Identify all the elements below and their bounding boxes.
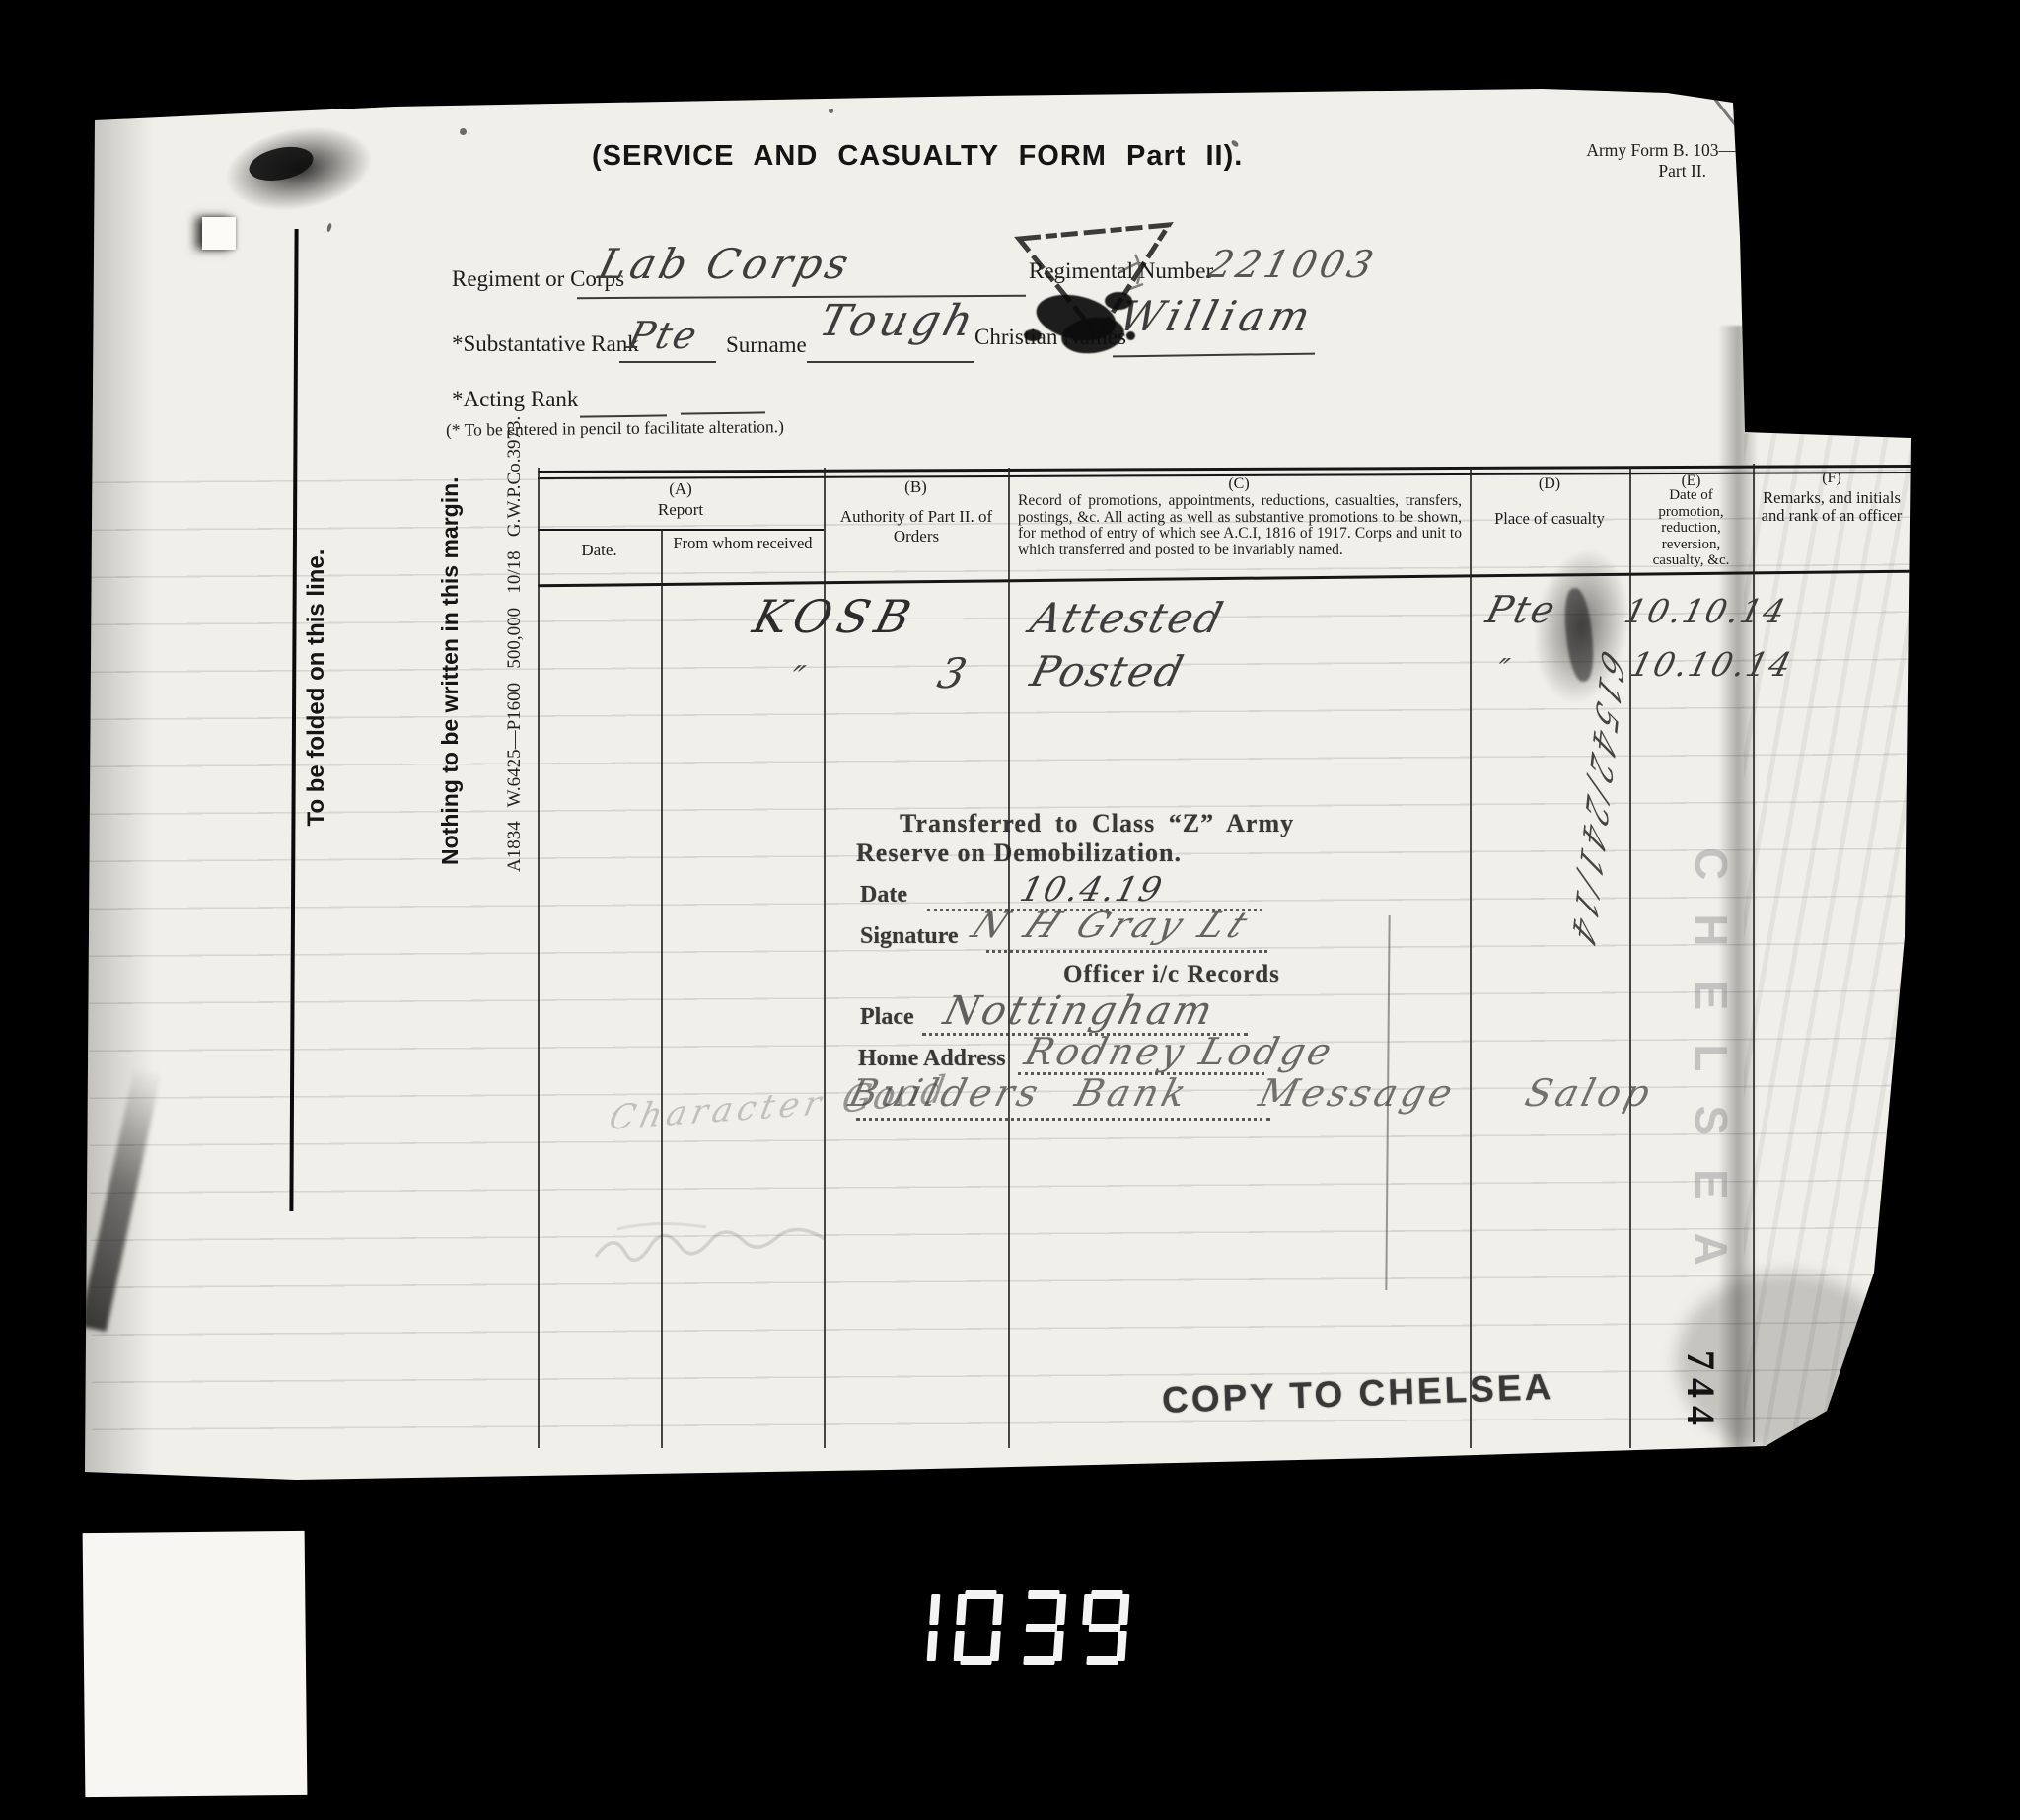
rank-value-handwritten: Pte: [624, 314, 703, 357]
film-frame-digit: [1079, 1590, 1129, 1665]
col-f-tag: (F): [1753, 470, 1911, 487]
demob-stamp-line2: Reserve on Demobilization.: [856, 838, 1182, 868]
regimental-number-value-handwritten: 221003: [1204, 243, 1382, 286]
col-a-sub-date: Date.: [538, 541, 661, 560]
col-b-tag: (B): [824, 477, 1008, 497]
report-sub-line: [538, 529, 824, 531]
row-1-record: Attested: [1026, 594, 1230, 642]
demob-place-value-handwritten: Nottingham: [939, 988, 1219, 1034]
ink-blot: [1024, 329, 1042, 341]
table-left-border: [538, 468, 540, 1448]
col-divider-date-from: [661, 529, 663, 1448]
demob-date-value-handwritten: 10.4.19: [1016, 870, 1168, 910]
acting-rank-label: *Acting Rank: [452, 387, 578, 412]
row-2-date: 10.10.14: [1626, 645, 1797, 684]
demob-stamp-line1: Transferred to Class “Z” Army: [900, 809, 1294, 838]
col-c-tag: (C): [1008, 475, 1470, 493]
ink-speck: [460, 128, 467, 135]
demob-signature-label: Signature: [860, 923, 959, 950]
col-divider-b-c: [1008, 468, 1010, 1448]
demob-home-value2-handwritten: Builders Bank Message Salop: [845, 1071, 1659, 1115]
christian-underline: [1113, 352, 1315, 358]
film-frame-digit: [953, 1590, 1003, 1665]
scanned-document-page: { "scan": { "frame_number": "1039", "she…: [0, 0, 2020, 1820]
film-frame-digit: [1016, 1590, 1066, 1665]
demob-place-label: Place: [860, 1004, 914, 1031]
demob-officer-line: Officer i/c Records: [1063, 961, 1280, 988]
ink-blot: [1105, 292, 1132, 310]
faint-pencil-scrawl: [588, 1209, 864, 1278]
fold-margin-text: To be folded on this line.: [303, 540, 332, 836]
surname-underline: [807, 360, 974, 363]
rank-underline: [619, 360, 716, 363]
paper-hole-patch: [202, 217, 236, 250]
pencil-footnote: (* To be entered in pencil to facilitate…: [446, 416, 784, 441]
col-f-title: Remarks, and initials and rank of an off…: [1758, 489, 1906, 524]
surname-label: Surname: [726, 332, 807, 358]
col-a-sub-from: From whom received: [669, 535, 817, 552]
col-a-title: Report: [538, 500, 824, 520]
row-2-record: Posted: [1026, 647, 1190, 695]
form-reference: Army Form B. 103— Part II.: [1519, 140, 1736, 182]
row-1-date: 10.10.14: [1621, 592, 1791, 630]
col-d-tag: (D): [1470, 475, 1629, 493]
sheet-number-vertical: 744: [1683, 1333, 1724, 1451]
ink-blot: [1126, 331, 1135, 340]
demob-signature-handwritten: N H Gray Lt: [965, 906, 1259, 946]
col-e-title: Date of promotion, reduction, reversion,…: [1635, 487, 1747, 569]
col-b-title: Authority of Part II. of Orders: [836, 507, 996, 546]
nothing-margin-text: Nothing to be written in this margin.: [437, 490, 467, 865]
film-frame-digit: [890, 1590, 940, 1665]
demob-home-value1-handwritten: Rodney Lodge: [1021, 1030, 1339, 1073]
col-d-title: Place of casualty: [1491, 509, 1608, 528]
chelsea-vertical-stamp: CHELSEA: [1687, 767, 1738, 1379]
bottom-left-blank-card: [83, 1531, 308, 1797]
corner-fold-crease: [1701, 82, 1749, 141]
form-reference-line2: Part II.: [1519, 161, 1706, 182]
form-reference-line1: Army Form B. 103—: [1519, 140, 1736, 161]
surname-value-handwritten: Tough: [815, 296, 982, 346]
demob-date-label: Date: [860, 882, 907, 909]
acting-rank-underline-2: [681, 410, 765, 414]
row-1-authority: KOSB: [748, 590, 923, 643]
substantive-rank-label: *Substantative Rank: [452, 331, 639, 357]
demob-signature-leader: [986, 949, 1267, 953]
col-c-title: Record of promotions, appointments, redu…: [1018, 493, 1462, 558]
printer-imprint: A1834 W.6425—P1600 500,000 10/18 G.W.P.C…: [504, 477, 528, 872]
col-divider-c-d: [1470, 468, 1472, 1448]
ink-speck: [326, 223, 332, 233]
film-frame-display: [890, 1590, 1129, 1665]
regiment-value-handwritten: Lab Corps: [594, 240, 857, 288]
ink-speck: [829, 109, 833, 113]
demob-home-leader2: [856, 1117, 1270, 1121]
col-a-tag: (A): [538, 479, 824, 499]
page-title: (SERVICE AND CASUALTY FORM Part II).: [592, 140, 1243, 173]
